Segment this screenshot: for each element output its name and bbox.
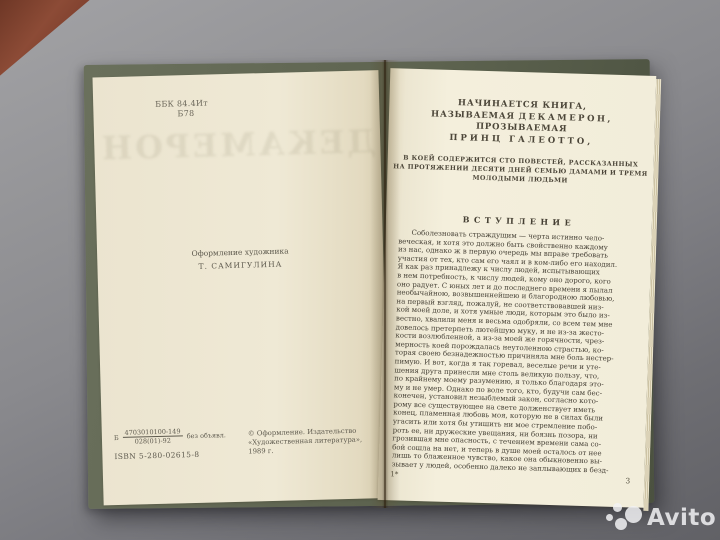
chapter-header: НАЧИНАЕТСЯ КНИГА, НАЗЫВАЕМАЯ ДЕКАМЕРОН, … [387, 96, 655, 188]
designer-credit: Оформление художника Т. САМИГУЛИНА [97, 244, 383, 273]
avito-logo-circle [613, 503, 622, 512]
page-number: 3 [625, 476, 630, 485]
publishing-formula: Б 4703010100-149 028(01)-92 без объявл. [114, 426, 226, 446]
book-photo: ББК 84.4Ит Б78 ДЕКАМЕРОН Оформление худо… [0, 0, 720, 540]
copyright-notice: © Оформление. Издательство «Художественн… [248, 426, 375, 456]
avito-logo-icon [606, 502, 642, 534]
avito-watermark: Avito [606, 502, 716, 534]
bbk-classification: ББК 84.4Ит Б78 [155, 99, 208, 120]
copyright-line3: 1989 г. [248, 444, 374, 456]
formula-fraction: 4703010100-149 028(01)-92 [122, 427, 182, 446]
avito-logo-circle [625, 506, 642, 523]
formula-denominator: 028(01)-92 [135, 437, 171, 446]
show-through-title: ДЕКАМЕРОН [98, 122, 376, 167]
header-line2-pre: НАЗЫВАЕМАЯ [431, 109, 515, 121]
bbk-index: Б78 [155, 109, 208, 120]
designer-name: Т. САМИГУЛИНА [97, 257, 383, 273]
avito-wordmark: Avito [647, 505, 716, 531]
avito-logo-circle [615, 518, 627, 530]
header-line2-post: ПРОЗЫВАЕМАЯ [476, 122, 568, 135]
body-text: Соболезновать страждущим — черта истинно… [392, 228, 641, 476]
formula-suffix: без объявл. [187, 431, 226, 440]
header-line2-title: ДЕКАМЕРОН, [518, 111, 613, 124]
typographic-footnote: 1* [390, 470, 398, 478]
right-page: НАЧИНАЕТСЯ КНИГА, НАЗЫВАЕМАЯ ДЕКАМЕРОН, … [378, 68, 657, 508]
chapter-subtitle: В КОЕЙ СОДЕРЖИТСЯ СТО ПОВЕСТЕЙ, РАССКАЗА… [387, 153, 654, 188]
isbn: ISBN 5-280-02615-8 [114, 449, 226, 461]
section-heading: ВСТУПЛЕНИЕ [386, 212, 652, 230]
formula-prefix: Б [114, 433, 119, 441]
left-page: ББК 84.4Ит Б78 ДЕКАМЕРОН Оформление худо… [92, 70, 389, 505]
open-book: ББК 84.4Ит Б78 ДЕКАМЕРОН Оформление худо… [82, 54, 662, 512]
publishing-imprint: Б 4703010100-149 028(01)-92 без объявл. … [114, 426, 227, 461]
avito-logo-circle [606, 514, 613, 521]
